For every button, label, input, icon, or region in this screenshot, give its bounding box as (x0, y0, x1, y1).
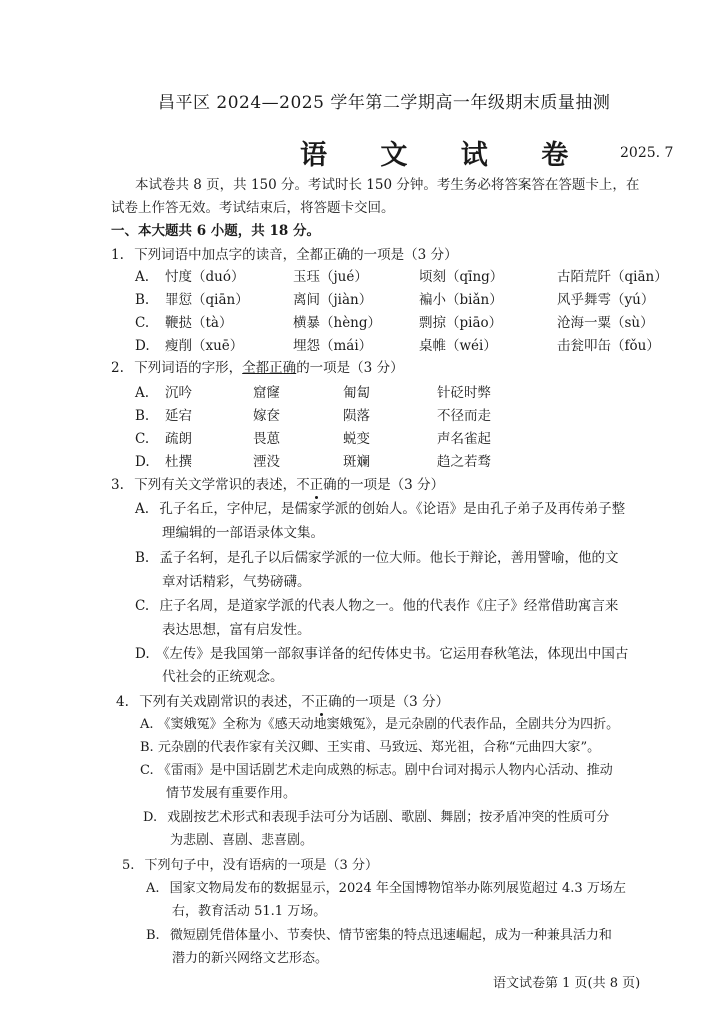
option-item: 蜕变 (343, 428, 370, 450)
option-text: 元杂剧的代表作家有关汉卿、王实甫、马致远、郑光祖，合称“元曲四大家”。 (158, 740, 600, 755)
option-label: A. (135, 266, 149, 288)
q1-option-a: A. 忖度（duó） 玉珏（jué） 顷刻（qīng） 古陌荒阡（qiān） (135, 266, 695, 288)
option-item: 趋之若骛 (437, 451, 491, 473)
option-label: D. (135, 335, 150, 357)
option-label: D. (135, 451, 150, 473)
option-item: 罪愆（qiān） (165, 289, 249, 311)
option-label: A. (146, 881, 160, 896)
underlined-emphasis: 全都正确 (242, 360, 296, 376)
option-text: 国家文物局发布的数据显示，2024 年全国博物馆举办陈列展览超过 4.3 万场左 (170, 881, 626, 896)
option-label: A. (140, 717, 154, 732)
exam-page: 昌平区 2024—2025 学年第二学期高一年级期末质量抽测 语 文 试 卷 2… (0, 0, 724, 1024)
intro-line-2: 试卷上作答无效。考试结束后，将答题卡交回。 (111, 198, 395, 218)
option-item: 击瓮叩缶（fǒu） (557, 335, 660, 357)
question-number: 4. (116, 694, 129, 710)
q1-option-b: B. 罪愆（qiān） 离间（jiàn） 褊小（biǎn） 风乎舞雩（yú） (135, 289, 695, 311)
option-text: 《窦娥冤》全称为《感天动地窦娥冤》，是元杂剧的代表作品，全剧共分为四折。 (158, 717, 620, 732)
q3-option-a: A. 孔子名丘，字仲尼，是儒家学派的创始人。《论语》是由孔子弟子及再传弟子整 (135, 499, 625, 519)
option-text: 《雷雨》是中国话剧艺术走向成熟的标志。剧中台词对揭示人物内心活动、推动 (158, 763, 613, 778)
q4-option-d-cont: 为悲剧、喜剧、悲喜剧。 (170, 831, 313, 851)
q2-option-a: A. 沉吟 窟窿 匍匐 针砭时弊 (135, 382, 595, 404)
question-number: 1. (111, 247, 124, 263)
option-item: 匍匐 (343, 382, 370, 404)
option-item: 古陌荒阡（qiān） (557, 266, 668, 288)
option-label: B. (135, 550, 149, 566)
q3-option-c: C. 庄子名周，是道家学派的代表人物之一。他的代表作《庄子》经常借助寓言来 (135, 596, 618, 616)
q3-option-d-cont: 代社会的正统观念。 (162, 667, 284, 687)
option-item: 湮没 (253, 451, 280, 473)
question-number: 2. (111, 360, 124, 376)
q1-option-c: C. 鞭挞（tà） 横暴（hèng） 剽掠（piāo） 沧海一粟（sù） (135, 312, 695, 334)
option-text: 《左传》是我国第一部叙事详备的纪传体史书。它运用春秋笔法，体现出中国古 (156, 646, 629, 662)
option-item: 横暴（hèng） (293, 312, 381, 334)
q3-option-a-cont: 理编辑的一部语录体文集。 (162, 523, 324, 543)
q4-option-b: B. 元杂剧的代表作家有关汉卿、王实甫、马致远、郑光祖，合称“元曲四大家”。 (140, 738, 600, 758)
question-number: 3. (111, 477, 124, 493)
option-item: 桌帷（wéi） (419, 335, 497, 357)
q2-option-c: C. 疏朗 畏葸 蜕变 声名雀起 (135, 428, 595, 450)
option-label: D. (143, 810, 157, 825)
option-label: B. (140, 740, 154, 755)
q5-option-b-cont: 潜力的新兴网络文艺形态。 (172, 949, 328, 969)
option-label: A. (135, 382, 149, 404)
q4-option-c-cont: 情节发展有重要作用。 (166, 784, 296, 804)
option-label: C. (140, 763, 154, 778)
question-stem-text: 下列有关文学常识的表述， (134, 477, 296, 493)
option-item: 忖度（duó） (165, 266, 244, 288)
option-text: 微短剧凭借体量小、节奏快、情节密集的特点迅速崛起，成为一种兼具活力和 (170, 928, 612, 943)
option-label: D. (135, 646, 150, 662)
option-label: B. (135, 405, 149, 427)
option-item: 瘦削（xuē） (165, 335, 243, 357)
option-label: A. (135, 501, 149, 517)
option-item: 针砭时弊 (437, 382, 491, 404)
option-text: 戏剧按艺术形式和表现手法可分为话剧、歌剧、舞剧；按矛盾冲突的性质可分 (167, 810, 609, 825)
q5-option-b: B. 微短剧凭借体量小、节奏快、情节密集的特点迅速崛起，成为一种兼具活力和 (146, 926, 612, 946)
question-2-stem: 2. 下列词语的字形，全都正确的一项是（3 分） (111, 358, 404, 378)
option-item: 斑斓 (343, 451, 370, 473)
q5-option-a-cont: 右，教育活动 51.1 万场。 (172, 902, 326, 922)
q1-option-d: D. 瘦削（xuē） 埋怨（mái） 桌帷（wéi） 击瓮叩缶（fǒu） (135, 335, 695, 357)
option-item: 离间（jiàn） (293, 289, 372, 311)
question-stem-text: 的一项是（3 分） (296, 360, 403, 376)
q2-option-d: D. 杜撰 湮没 斑斓 趋之若骛 (135, 451, 595, 473)
q3-option-b: B. 孟子名轲，是孔子以后儒家学派的一位大师。他长于辩论，善用譬喻，他的文 (135, 548, 619, 568)
question-3-stem: 3. 下列有关文学常识的表述，不正确的一项是（3 分） (111, 475, 444, 495)
q2-option-b: B. 延宕 嫁奁 陨落 不径而走 (135, 405, 595, 427)
question-number: 5. (122, 858, 134, 873)
question-stem-text: 下列句子中，没有语病的一项是（3 分） (145, 858, 378, 873)
dotted-emphasis: 不正确 (296, 475, 337, 495)
option-text: 孔子名丘，字仲尼，是儒家学派的创始人。《论语》是由孔子弟子及再传弟子整 (159, 501, 625, 517)
option-item: 埋怨（mái） (293, 335, 372, 357)
intro-line-1: 本试卷共 8 页，共 150 分。考试时长 150 分钟。考生务必将答案答在答题… (135, 175, 639, 195)
option-item: 陨落 (343, 405, 370, 427)
question-stem-text: 下列词语的字形， (134, 360, 242, 376)
option-label: B. (135, 289, 149, 311)
option-item: 畏葸 (253, 428, 280, 450)
option-item: 褊小（biǎn） (419, 289, 503, 311)
option-item: 疏朗 (165, 428, 192, 450)
exam-date: 2025. 7 (620, 145, 673, 161)
q3-option-b-cont: 章对话精彩，气势磅礴。 (162, 572, 311, 592)
q4-option-d: D. 戏剧按艺术形式和表现手法可分为话剧、歌剧、舞剧；按矛盾冲突的性质可分 (143, 808, 609, 828)
option-item: 风乎舞雩（yú） (557, 289, 654, 311)
option-text: 孟子名轲，是孔子以后儒家学派的一位大师。他长于辩论，善用譬喻，他的文 (160, 550, 619, 566)
dotted-emphasis: 不正确 (301, 692, 342, 712)
section-heading: 一、本大题共 6 小题，共 18 分。 (111, 221, 320, 241)
q3-option-c-cont: 表达思想，富有启发性。 (162, 620, 311, 640)
question-stem-text: 下列词语中加点字的读音，全都正确的一项是（3 分） (134, 247, 457, 263)
question-stem-text: 下列有关戏剧常识的表述， (139, 694, 301, 710)
option-item: 鞭挞（tà） (165, 312, 232, 334)
option-label: C. (135, 428, 149, 450)
option-item: 嫁奁 (253, 405, 280, 427)
exam-title: 语 文 试 卷 (300, 133, 590, 172)
question-stem-text: 的一项是（3 分） (342, 694, 449, 710)
option-text: 庄子名周，是道家学派的代表人物之一。他的代表作《庄子》经常借助寓言来 (159, 598, 618, 614)
option-item: 沉吟 (165, 382, 192, 404)
q4-option-c: C. 《雷雨》是中国话剧艺术走向成熟的标志。剧中台词对揭示人物内心活动、推动 (140, 761, 613, 781)
option-label: B. (146, 928, 160, 943)
option-item: 顷刻（qīng） (419, 266, 503, 288)
page-footer: 语文试卷第 1 页(共 8 页) (493, 972, 640, 991)
option-item: 沧海一粟（sù） (557, 312, 654, 334)
question-4-stem: 4. 下列有关戏剧常识的表述，不正确的一项是（3 分） (116, 692, 449, 712)
option-item: 玉珏（jué） (293, 266, 368, 288)
option-item: 不径而走 (437, 405, 491, 427)
option-item: 杜撰 (165, 451, 192, 473)
option-item: 延宕 (165, 405, 192, 427)
option-item: 窟窿 (253, 382, 280, 404)
q5-option-a: A. 国家文物局发布的数据显示，2024 年全国博物馆举办陈列展览超过 4.3 … (146, 879, 626, 899)
question-1-stem: 1. 下列词语中加点字的读音，全都正确的一项是（3 分） (111, 245, 458, 265)
option-label: C. (135, 598, 149, 614)
question-5-stem: 5. 下列句子中，没有语病的一项是（3 分） (122, 856, 378, 876)
q4-option-a: A. 《窦娥冤》全称为《感天动地窦娥冤》，是元杂剧的代表作品，全剧共分为四折。 (140, 715, 619, 735)
option-label: C. (135, 312, 149, 334)
question-stem-text: 的一项是（3 分） (337, 477, 444, 493)
option-item: 声名雀起 (437, 428, 491, 450)
option-item: 剽掠（piāo） (419, 312, 502, 334)
exam-subtitle: 昌平区 2024—2025 学年第二学期高一年级期末质量抽测 (158, 88, 610, 113)
q3-option-d: D. 《左传》是我国第一部叙事详备的纪传体史书。它运用春秋笔法，体现出中国古 (135, 644, 628, 664)
